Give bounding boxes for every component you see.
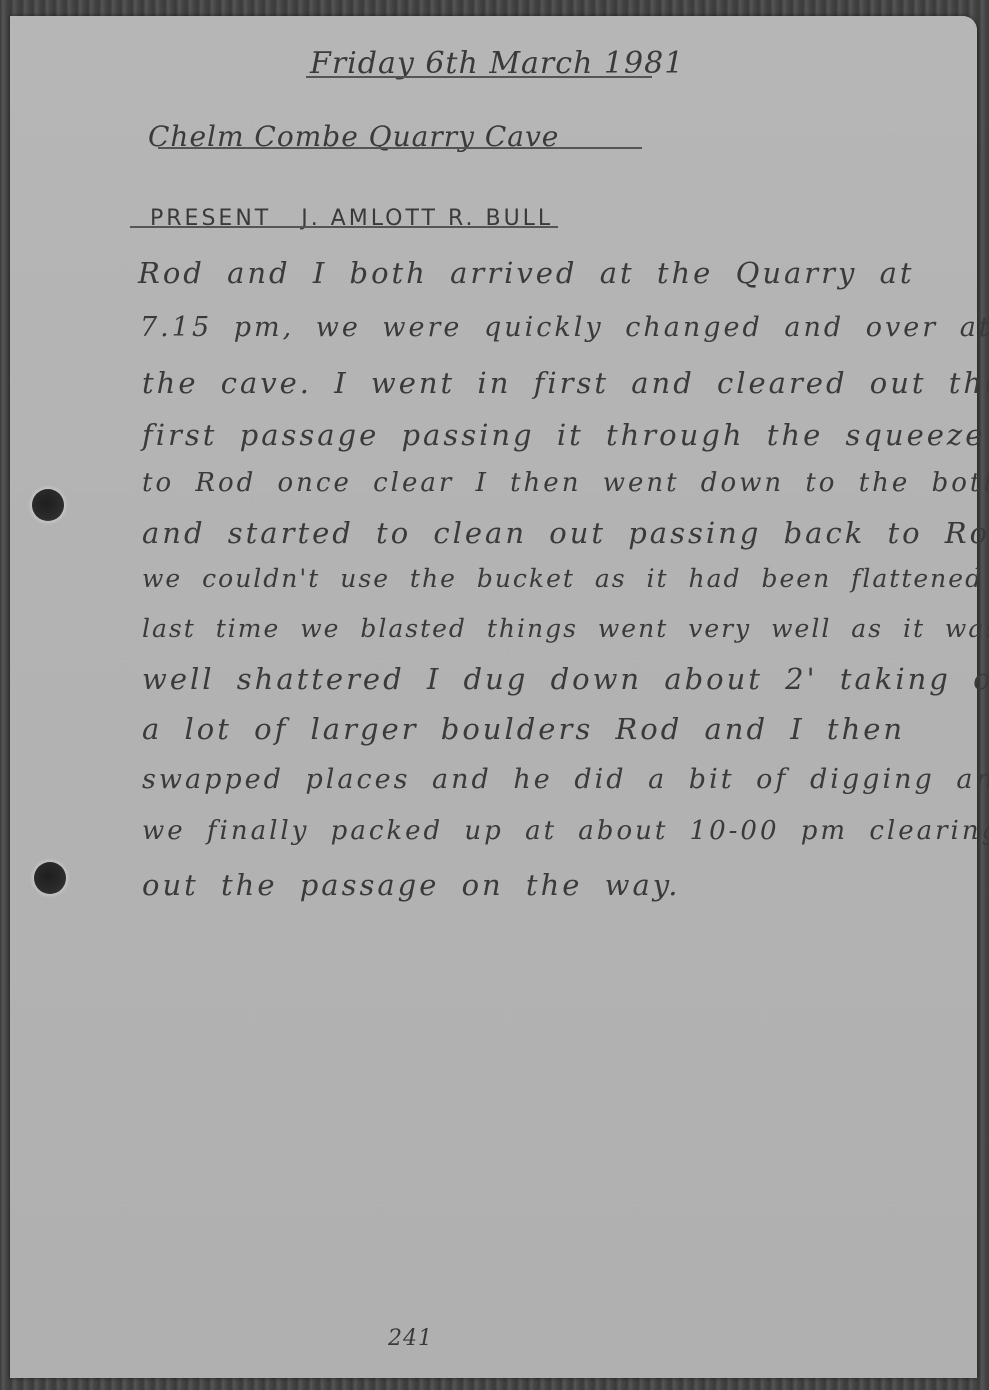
log-line: we couldn't use the bucket as it had bee… bbox=[142, 564, 983, 593]
log-line: to Rod once clear I then went down to th… bbox=[142, 468, 989, 498]
date-underline bbox=[306, 76, 652, 78]
log-line: out the passage on the way. bbox=[142, 868, 681, 902]
log-line: we finally packed up at about 10-00 pm c… bbox=[142, 816, 989, 846]
page-number: 241 bbox=[388, 1326, 433, 1351]
log-line: the cave. I went in first and cleared ou… bbox=[142, 366, 989, 400]
log-line: Rod and I both arrived at the Quarry at bbox=[138, 256, 915, 290]
site-underline bbox=[158, 147, 642, 149]
log-line: a lot of larger boulders Rod and I then bbox=[142, 712, 905, 746]
present-underline bbox=[130, 226, 558, 228]
log-line: first passage passing it through the squ… bbox=[142, 418, 985, 452]
log-line: well shattered I dug down about 2' takin… bbox=[142, 662, 989, 696]
log-line: 7.15 pm, we were quickly changed and ove… bbox=[140, 312, 989, 343]
log-line: swapped places and he did a bit of diggi… bbox=[142, 764, 989, 795]
log-line: last time we blasted things went very we… bbox=[142, 614, 989, 643]
log-line: and started to clean out passing back to… bbox=[142, 516, 989, 550]
notebook-page: Friday 6th March 1981 Chelm Combe Quarry… bbox=[10, 16, 977, 1378]
punch-hole-top bbox=[32, 489, 64, 521]
punch-hole-bottom bbox=[34, 862, 66, 894]
